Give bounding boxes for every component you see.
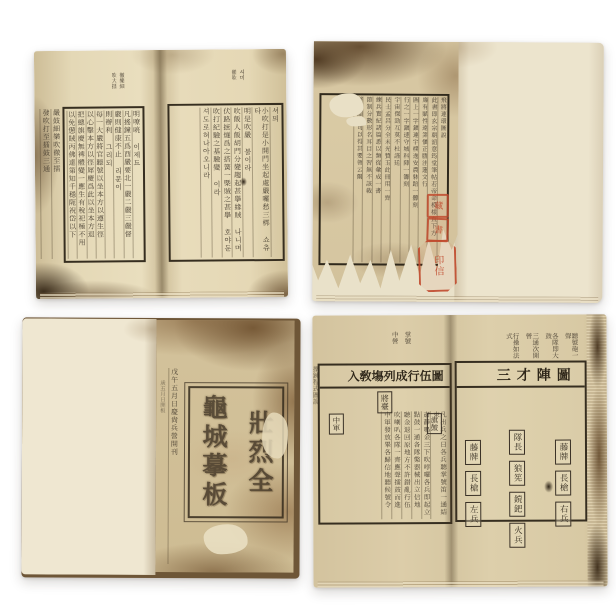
head-annotation-column: 行操如法式 bbox=[504, 333, 520, 361]
text-column: 點鼓一通各隊檠器械出立信地 bbox=[411, 411, 421, 519]
text-column: 明是吹嚴 불이라 bbox=[241, 107, 253, 257]
formation-unit-box: 隊長 bbox=[509, 430, 525, 455]
book1-left-text-columns: 明嘹喨 이제됴凡搖鐘五爲酉嚴要北一嚴二嚴三嚴督嚴則健康不止 리문이則辦利 그리되… bbox=[64, 108, 143, 261]
head-annotation-column: 吹大擂 bbox=[109, 72, 117, 106]
red-collector-seal-small-top: 藏 bbox=[427, 194, 449, 218]
photo-of-four-antique-books: 嚴鼓細樂吹徹至擂發吹打至擂鼓三通 徹樂細吹大擂 明嘹喨 이제됴凡搖鐘五爲酉嚴要北… bbox=[0, 0, 616, 616]
book3-colophon-column: 戊午五月日慶尙兵營開刊 bbox=[167, 368, 178, 564]
formation-unit-box: 火兵 bbox=[509, 523, 525, 548]
red-collector-seal-large: 印信 bbox=[418, 239, 457, 292]
book4-left-head-annotations: 掌號中營 bbox=[367, 331, 411, 361]
head-annotation-column: 徹樂細 bbox=[116, 72, 124, 106]
text-column: 凡出兵之日各兵聽掌號笛一通結束 bbox=[430, 411, 447, 519]
paper-loss-patch bbox=[262, 412, 288, 458]
text-column: 小吹打是小開門坐起處嚴囉愁三梆 쇼츄타 bbox=[251, 107, 270, 257]
book-top-right: 飛將連環圖說此書即玄宗朝詔意筠堂筆帖若帝命模樣直下方廉有賦性遠筭愼正謄洼蓮文行圖… bbox=[312, 41, 604, 303]
head-annotation-column: 三通次開營 bbox=[524, 333, 540, 361]
text-column: 嚴則健康不止 리문이 bbox=[113, 110, 124, 258]
formation-unit-box: 長槍 bbox=[555, 471, 571, 496]
book1-left-head-annotations: 徹樂細吹大擂 bbox=[74, 72, 124, 106]
book4-left-text-columns: 凡出兵之日各兵聽掌號笛一通結束肅靜鳴金三下吹哱囉各兵即起立點鼓一通各隊檠器械出立… bbox=[323, 411, 447, 520]
formation-unit-box: 藤牌 bbox=[555, 440, 571, 465]
red-collector-seal-small-bottom: 書 bbox=[426, 217, 449, 242]
text-column: 練兵實紀諸篇悉以類從彙成一書 bbox=[371, 96, 381, 262]
book3-stained-title-page: 歲五月日開板 戊午五月日慶尙兵營開刊 壯烈全 龜城摹板 bbox=[155, 320, 294, 573]
book3-blank-left-page bbox=[21, 318, 156, 575]
paper-loss-patch bbox=[204, 524, 248, 554]
text-column: 吹喇叭各隊一齊應聲擂鼓而進 bbox=[391, 411, 401, 519]
book4-left-diagram-frame: 入敎塲列成行伍圖 將臺 旗皷 中軍 凡出兵之日各兵聽掌號笛一通結束肅靜鳴金三下吹… bbox=[318, 363, 453, 525]
text-column: 以心擊本方以徑犀慶爲此以坐本方退 bbox=[85, 111, 96, 259]
text-column: 셔도로혀나아오니라 bbox=[200, 108, 212, 258]
book4-page-edges bbox=[318, 580, 604, 587]
head-annotation-column: 中營 bbox=[390, 331, 399, 361]
book4-right-head-annotations: 聽號砲一聲各隊即大鼓三通次開營行操如法式 bbox=[462, 332, 578, 361]
head-annotation-column: 셔미 bbox=[236, 69, 244, 103]
book-bottom-right: 掌號中營 操鍊程式圖說 入敎塲列成行伍圖 將臺 旗皷 中軍 凡出兵之日各兵聽掌號… bbox=[312, 314, 607, 587]
book4-fore-edge-pages bbox=[586, 314, 607, 586]
text-column: 中軍發放畢各歸信地聽候號令 bbox=[381, 411, 391, 519]
text-column: 民士孟呂分全未光贊玉此冊用一齊 bbox=[380, 97, 390, 263]
book1-right-text-frame: 셔믜小吹打是小開門坐起處嚴囉愁三梆 쇼츄타明是吹嚴 불이라吹飯人飯胡門分變趨起甚… bbox=[167, 103, 284, 262]
text-column: 宇宙傑勁互莫不杜謹廷 bbox=[390, 97, 400, 263]
formation-group-middle: 隊長狼筅鎲鈀火兵 bbox=[509, 427, 526, 551]
formation-group-left: 藤牌長槍左兵 bbox=[465, 437, 481, 530]
formation-unit-box: 狼筅 bbox=[509, 461, 525, 486]
head-annotation-column: 掌號 bbox=[403, 331, 412, 361]
formation-unit-box: 右兵 bbox=[555, 502, 571, 527]
text-column: 聽金退回原地方不許錯亂行伍 bbox=[401, 411, 411, 519]
text-column: 明嘹喨 이제됴 bbox=[131, 110, 142, 258]
book3-title-column-left: 龜城摹板 bbox=[195, 394, 232, 510]
margin-text-column: 嚴鼓細樂吹徹至擂 bbox=[50, 109, 62, 259]
book1-gutter-shadow bbox=[153, 50, 169, 298]
command-platform-box: 將臺 bbox=[377, 391, 392, 413]
formation-unit-box: 長槍 bbox=[465, 471, 481, 496]
text-column: 將士讀之可以得其要領云爾 bbox=[352, 96, 362, 262]
book2-page-edges bbox=[316, 295, 598, 303]
text-column: 肅靜鳴金三下吹哱囉各兵即起立 bbox=[420, 411, 430, 519]
text-column: 셔믜 bbox=[269, 107, 281, 257]
text-column: 行之一字鎭速守城科陣一籌刻 bbox=[399, 97, 409, 263]
book1-right-text-columns: 셔믜小吹打是小開門坐起處嚴囉愁三梆 쇼츄타明是吹嚴 불이라吹飯人飯胡門分變趨起甚… bbox=[169, 105, 282, 260]
margin-text-column: 發吹打至擂鼓三通 bbox=[40, 109, 52, 259]
book-top-left: 嚴鼓細樂吹徹至擂發吹打至擂鼓三通 徹樂細吹大擂 明嘹喨 이제됴凡搖鐘五爲酉嚴要北… bbox=[34, 49, 288, 299]
book-bottom-left: 歲五月日開板 戊午五月日慶尙兵營開刊 壯烈全 龜城摹板 bbox=[21, 317, 300, 578]
formation-group-right: 藤牌長槍右兵 bbox=[555, 437, 571, 530]
book1-right-head-annotations: 셔미徹吹 bbox=[184, 69, 244, 104]
formation-unit-box: 藤牌 bbox=[465, 440, 481, 465]
book4-left-page-title: 入敎塲列成行伍圖 bbox=[320, 365, 450, 389]
book4-right-page-title: 三才陣圖 bbox=[457, 362, 585, 388]
text-column: 節制分數形名耳目之習無不該載 bbox=[362, 96, 372, 262]
text-column: 把總旗慶無裨體變一應生有稅祀極不用 bbox=[76, 111, 87, 259]
text-column: 圖上一字鎭連宇樸逸安農躰踣一釁刻 bbox=[408, 97, 418, 263]
text-column: 吹打紀驗之基驗變 이라 bbox=[210, 107, 222, 257]
book1-left-margin-columns: 嚴鼓細樂吹徹至擂發吹打至擂鼓三通 bbox=[38, 109, 61, 259]
head-annotation-column: 各隊即大鼓 bbox=[543, 333, 559, 361]
book1-left-text-frame: 明嘹喨 이제됴凡搖鐘五爲酉嚴要北一嚴二嚴三嚴督嚴則健康不止 리문이則辦利 그리되… bbox=[62, 106, 145, 263]
head-annotation-column: 聽號砲一聲 bbox=[563, 332, 579, 360]
book3-margin-column: 歲五月日開板 bbox=[157, 380, 166, 550]
text-column: 伏路摭燧爲之搭簧一㮣賊之甚擧 호야둔 bbox=[220, 107, 232, 257]
formation-unit-box: 鎲鈀 bbox=[509, 492, 525, 517]
head-annotation-column: 徹吹 bbox=[229, 69, 237, 103]
paper-loss-patch bbox=[329, 93, 363, 117]
text-column: 凡搖鐘五爲酉嚴要北一嚴二嚴三嚴督 bbox=[122, 110, 133, 258]
text-column: 吹飯人飯胡門分變趨起甚擧緣賊 나니며 bbox=[231, 107, 243, 257]
text-column: 每一大嚴將官聽號以坐本方以遵生徑 bbox=[94, 110, 105, 258]
book2-blank-right-page bbox=[454, 42, 604, 303]
book1-page-edges bbox=[40, 291, 284, 299]
formation-unit-box: 左兵 bbox=[465, 502, 481, 527]
text-column: 以免憊賊丙佛達第知千穩阨祝岱以下 bbox=[66, 111, 77, 259]
text-column: 則辦利 그리되 bbox=[103, 110, 114, 258]
